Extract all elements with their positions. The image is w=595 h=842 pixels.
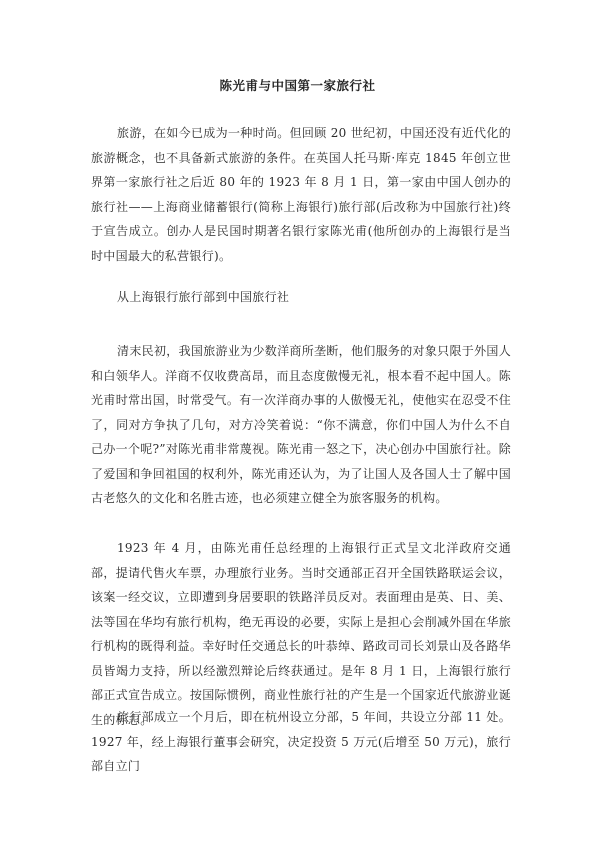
paragraph-intro: 旅游，在如今已成为一种时尚。但回顾 20 世纪初，中国还没有近代化的旅游概念，也… <box>91 121 511 268</box>
paragraph-founding: 1923 年 4 月，由陈光甫任总经理的上海银行正式呈文北洋政府交通部，提请代售… <box>91 536 511 732</box>
document-page: 陈光甫与中国第一家旅行社 旅游，在如今已成为一种时尚。但回顾 20 世纪初，中国… <box>0 0 595 842</box>
paragraph-background: 清末民初，我国旅游业为少数洋商所垄断，他们服务的对象只限于外国人和白领华人。洋商… <box>91 339 511 511</box>
document-title: 陈光甫与中国第一家旅行社 <box>0 76 595 94</box>
paragraph-expansion: 旅行部成立一个月后，即在杭州设立分部，5 年间，共设立分部 11 处。1927 … <box>91 705 511 779</box>
section-heading: 从上海银行旅行部到中国旅行社 <box>117 288 289 305</box>
